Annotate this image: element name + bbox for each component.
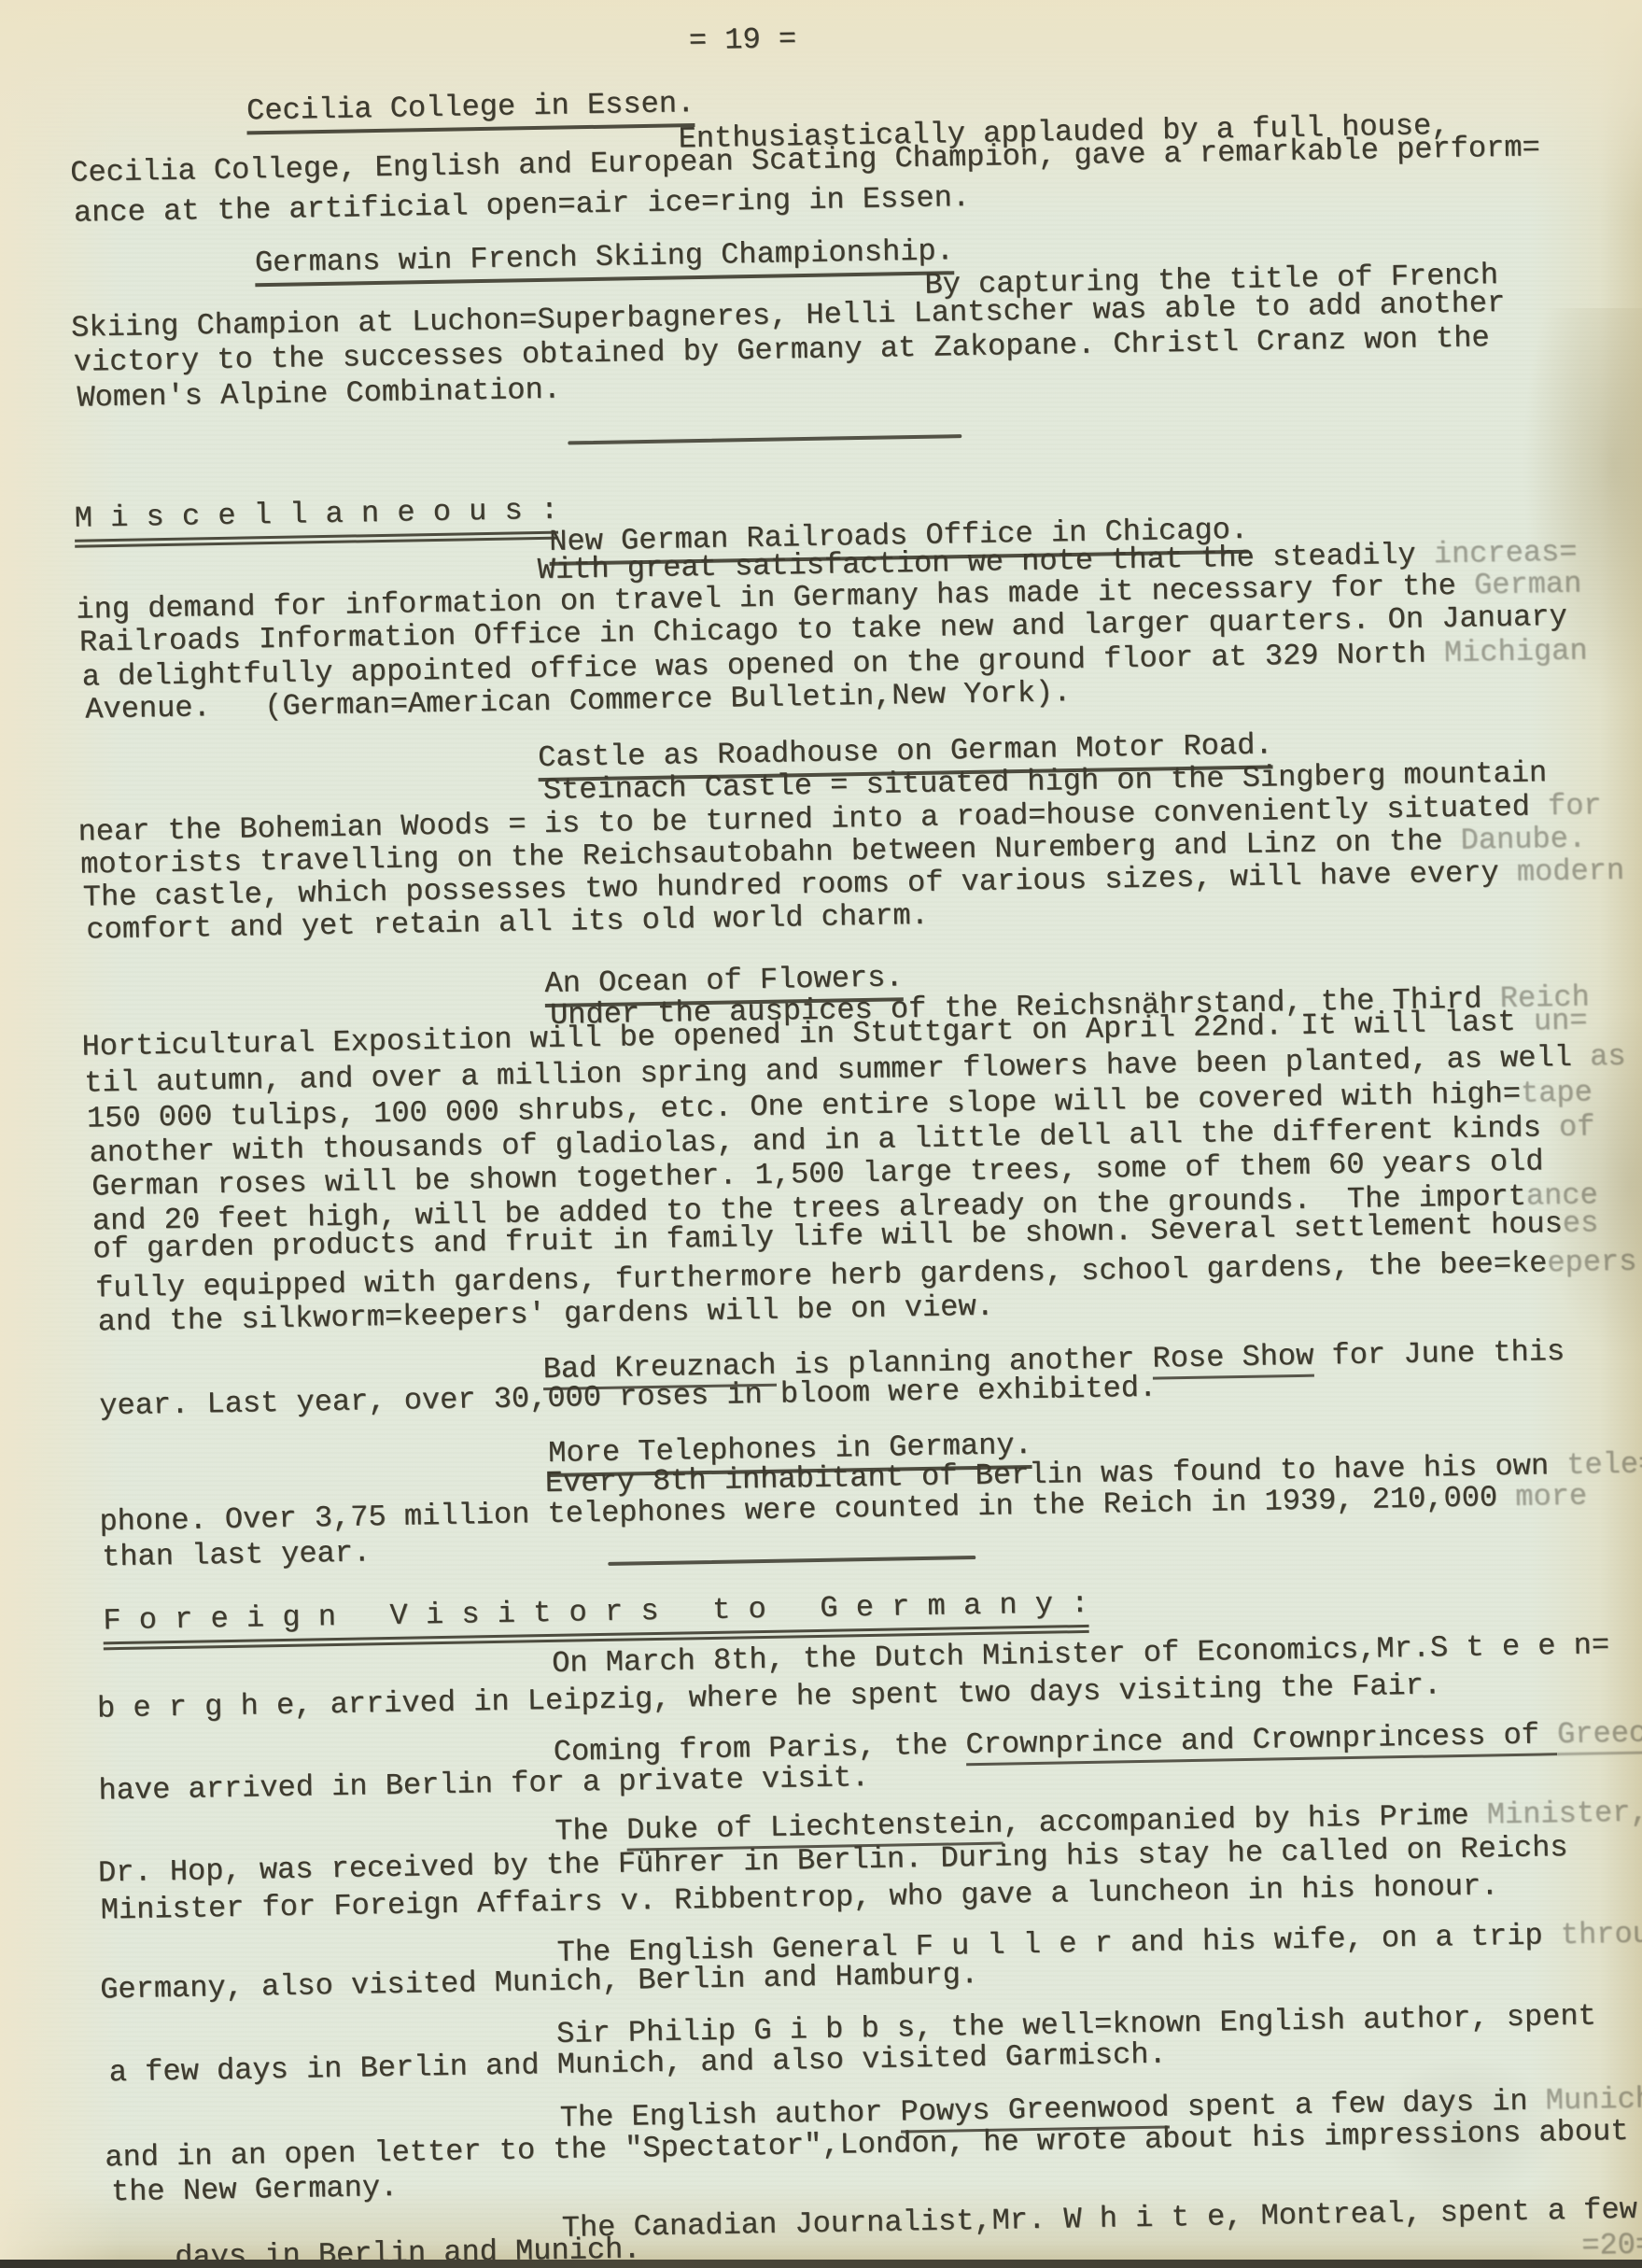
- page-number-next: =20=: [1581, 2227, 1642, 2262]
- text-run: Danube.: [1460, 821, 1586, 857]
- text-line: Women's Alpine Combination.: [77, 373, 561, 416]
- text-run: Michigan: [1444, 633, 1588, 670]
- text-line: Coming from Paris, the Crownprince and C…: [554, 1715, 1642, 1769]
- story-heading: Germans win French Skiing Championship.: [255, 233, 955, 287]
- text-run: for: [1548, 788, 1602, 824]
- text-run: than last year.: [102, 1535, 372, 1574]
- text-run: The: [554, 1813, 626, 1849]
- text-run: M i s c e l l a n e o u s :: [74, 493, 558, 536]
- text-run: The Canadian Journalist,Mr. W h i t e, M…: [561, 2192, 1637, 2246]
- text-run: German: [1474, 567, 1582, 603]
- text-line: The Canadian Journalist,Mr. W h i t e, M…: [561, 2192, 1637, 2246]
- text-run: Minister,: [1486, 1795, 1642, 1832]
- text-run: Greece: [1557, 1715, 1642, 1755]
- scan-bottom-edge: [0, 2260, 1642, 2268]
- text-run: Munich,: [1545, 2081, 1642, 2118]
- text-run: modern: [1516, 853, 1624, 890]
- text-run: Crownprince and Crownprincess of: [965, 1717, 1557, 1766]
- document-page: = 19 = Cecilia College in Essen.Enthusia…: [0, 0, 1642, 2268]
- section-divider: [608, 1556, 975, 1566]
- text-run: F o r e i g n V i s i t o r s t o G e r …: [103, 1586, 1089, 1638]
- typewritten-content: = 19 = Cecilia College in Essen.Enthusia…: [0, 0, 1642, 2268]
- text-run: Germans win French Skiing Championship.: [255, 233, 954, 280]
- text-run: for June this: [1313, 1334, 1565, 1373]
- text-line: have arrived in Berlin for a private vis…: [98, 1760, 869, 1808]
- text-run: Cecilia College in Essen.: [246, 86, 695, 128]
- text-run: Germany, also visited Munich, Berlin and…: [100, 1957, 978, 2007]
- text-run: epers': [1547, 1244, 1642, 1280]
- text-line: Germany, also visited Munich, Berlin and…: [100, 1957, 978, 2007]
- text-run: of: [1559, 1109, 1595, 1145]
- story-heading: Cecilia College in Essen.: [246, 86, 695, 134]
- section-divider: [568, 434, 961, 444]
- text-run: more: [1515, 1479, 1587, 1514]
- text-run: have arrived in Berlin for a private vis…: [98, 1760, 869, 1808]
- text-run: Women's Alpine Combination.: [77, 373, 561, 416]
- text-run: as: [1590, 1039, 1626, 1075]
- section-heading: M i s c e l l a n e o u s :: [74, 493, 558, 548]
- text-run: Rose Show: [1152, 1339, 1314, 1380]
- page-number-top: = 19 =: [689, 21, 797, 58]
- text-run: un=: [1533, 1003, 1587, 1038]
- text-run: the New Germany.: [111, 2170, 399, 2209]
- text-line: the New Germany.: [111, 2170, 399, 2209]
- text-line: than last year.: [102, 1535, 372, 1574]
- text-run: through: [1560, 1916, 1642, 1952]
- text-run: tele=: [1566, 1446, 1642, 1483]
- text-run: es: [1562, 1205, 1598, 1241]
- text-run: tape: [1521, 1075, 1593, 1110]
